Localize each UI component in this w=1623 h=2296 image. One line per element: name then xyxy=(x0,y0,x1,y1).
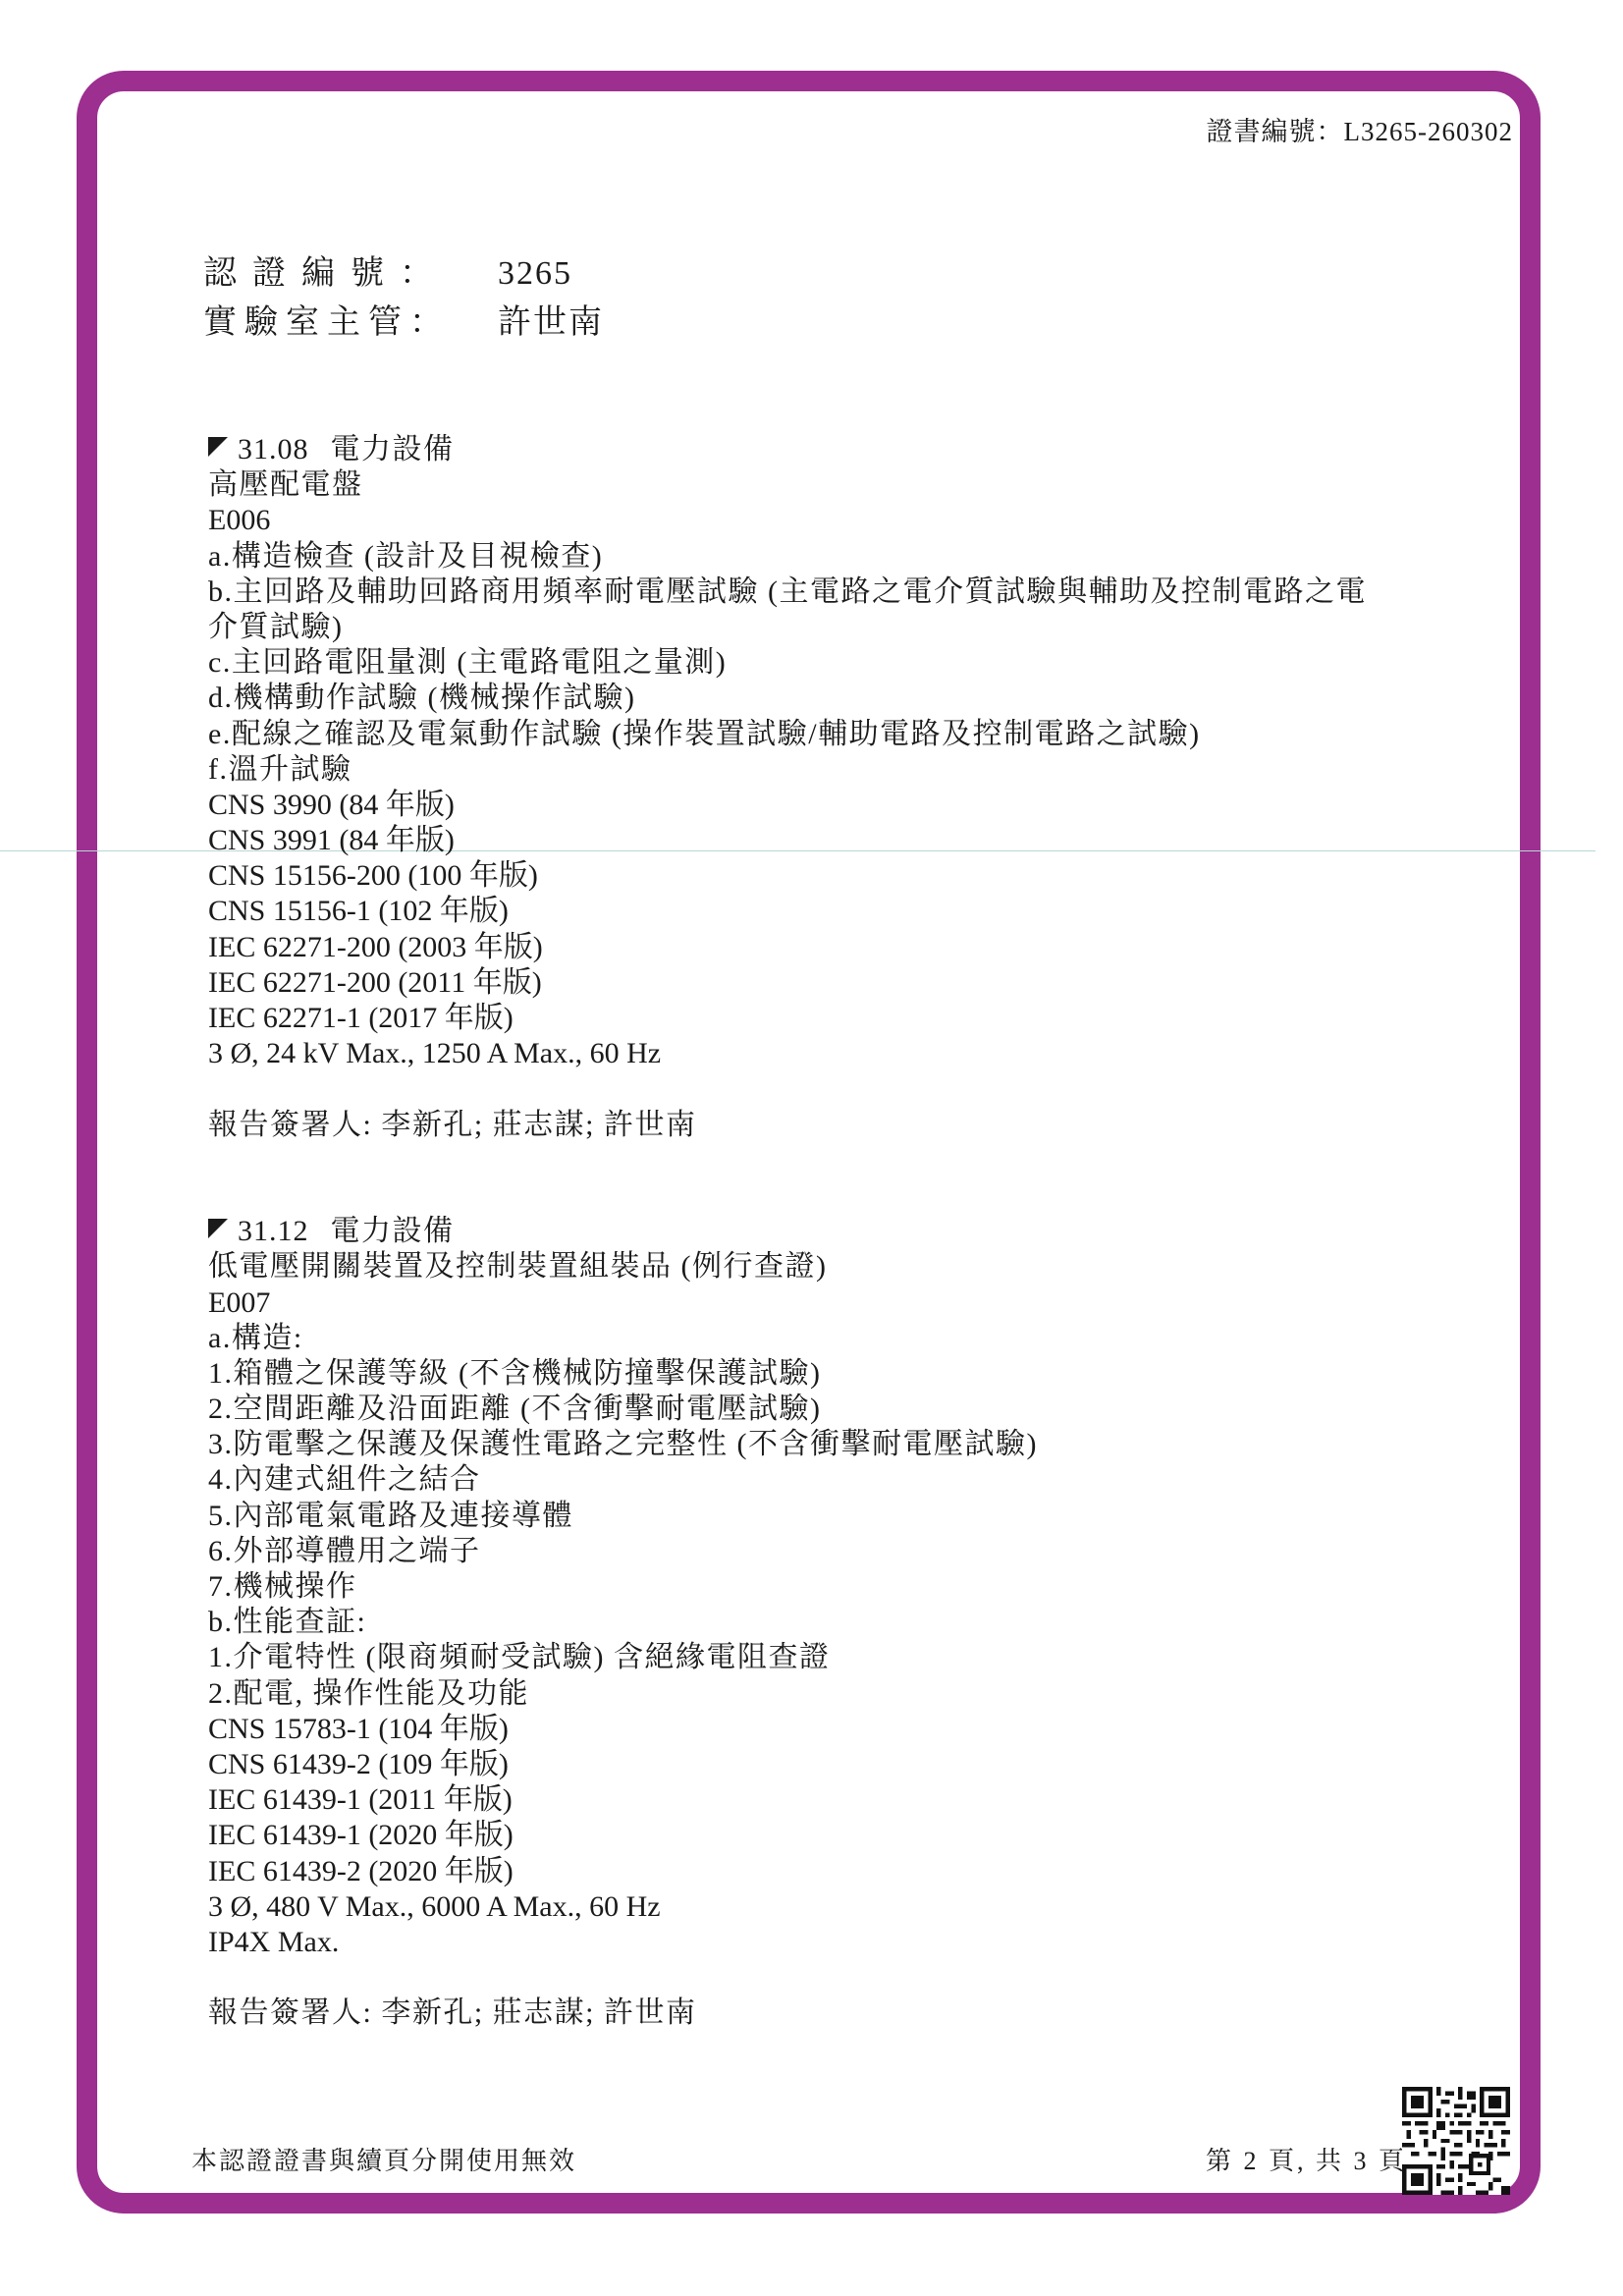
rating-spec: 3 Ø, 480 V Max., 6000 A Max., 60 Hz xyxy=(208,1889,1485,1925)
lab-supervisor-row: 實驗室主管：許世南 xyxy=(203,295,604,343)
test-item: d.機構動作試驗 (機械操作試驗) xyxy=(208,681,1485,716)
validity-notice: 本認證證書與續頁分開使用無效 xyxy=(191,2141,576,2177)
lab-supervisor-label: 實驗室主管： xyxy=(203,295,488,343)
triangle-bullet-icon xyxy=(208,1219,228,1238)
triangle-bullet-icon xyxy=(208,437,228,457)
standard-item: IEC 62271-1 (2017 年版) xyxy=(208,1001,1485,1036)
test-item: b.主回路及輔助回路商用頻率耐電壓試驗 (主電路之電介質試驗與輔助及控制電路之電 xyxy=(208,574,1485,610)
lab-supervisor-value: 許世南 xyxy=(498,295,604,343)
standard-item: CNS 61439-2 (109 年版) xyxy=(208,1747,1485,1782)
test-item: c.主回路電阻量測 (主電路電阻之量測) xyxy=(208,645,1485,681)
scope-section-31-12: 31.12電力設備 低電壓開關裝置及控制裝置組裝品 (例行查證) E007 a.… xyxy=(208,1214,1485,2031)
product-name: 低電壓開關裝置及控制裝置組裝品 (例行查證) xyxy=(208,1249,1485,1285)
test-item: 介質試驗) xyxy=(208,610,1485,645)
scope-content: 31.08電力設備 高壓配電盤 E006 a.構造檢查 (設計及目視檢查) b.… xyxy=(208,432,1485,2031)
rating-spec: 3 Ø, 24 kV Max., 1250 A Max., 60 Hz xyxy=(208,1036,1485,1071)
section-field: 電力設備 xyxy=(331,1215,455,1247)
accreditation-number-label: 認證編號： xyxy=(203,246,488,294)
standard-item: CNS 3991 (84 年版) xyxy=(208,823,1485,858)
standard-item: IEC 61439-1 (2020 年版) xyxy=(208,1818,1485,1853)
test-item: a.構造檢查 (設計及目視檢查) xyxy=(208,539,1485,574)
test-item: 7.機械操作 xyxy=(208,1569,1485,1605)
section-field: 電力設備 xyxy=(331,433,455,465)
test-item: 3.防電擊之保護及保護性電路之完整性 (不含衝擊耐電壓試驗) xyxy=(208,1427,1485,1462)
standard-item: IEC 62271-200 (2011 年版) xyxy=(208,965,1485,1001)
test-item: 2.空間距離及沿面距離 (不含衝擊耐電壓試驗) xyxy=(208,1392,1485,1427)
page-indicator: 第 2 頁, 共 3 頁 xyxy=(1206,2141,1407,2177)
section-code: 31.08 xyxy=(238,433,309,465)
standard-item: IEC 62271-200 (2003 年版) xyxy=(208,930,1485,965)
section-code: 31.12 xyxy=(238,1215,309,1247)
product-code: E006 xyxy=(208,503,1485,538)
section-heading: 31.08電力設備 xyxy=(208,432,1485,467)
test-item: 4.內建式組件之結合 xyxy=(208,1462,1485,1498)
standard-item: CNS 3990 (84 年版) xyxy=(208,788,1485,823)
test-item: f.溫升試驗 xyxy=(208,752,1485,788)
test-item: 6.外部導體用之端子 xyxy=(208,1534,1485,1569)
section-heading: 31.12電力設備 xyxy=(208,1214,1485,1249)
scope-section-31-08: 31.08電力設備 高壓配電盤 E006 a.構造檢查 (設計及目視檢查) b.… xyxy=(208,432,1485,1143)
product-code: E007 xyxy=(208,1285,1485,1321)
test-item: 2.配電, 操作性能及功能 xyxy=(208,1676,1485,1712)
standard-item: CNS 15156-200 (100 年版) xyxy=(208,858,1485,894)
standard-item: CNS 15156-1 (102 年版) xyxy=(208,894,1485,929)
certificate-number: 證書編號：L3265-260302 xyxy=(1207,110,1513,148)
accreditation-number-value: 3265 xyxy=(498,255,572,293)
test-item: 1.介電特性 (限商頻耐受試驗) 含絕緣電阻查證 xyxy=(208,1640,1485,1675)
qr-code-icon[interactable] xyxy=(1402,2087,1510,2195)
standard-item: CNS 15783-1 (104 年版) xyxy=(208,1712,1485,1747)
standard-item: IEC 61439-1 (2011 年版) xyxy=(208,1782,1485,1818)
test-item: 5.內部電氣電路及連接導體 xyxy=(208,1499,1485,1534)
report-signers: 報告簽署人: 李新孔; 莊志謀; 許世南 xyxy=(208,1108,1485,1143)
accreditation-number-row: 認證編號：3265 xyxy=(203,246,572,294)
standard-item: IEC 61439-2 (2020 年版) xyxy=(208,1854,1485,1889)
report-signers: 報告簽署人: 李新孔; 莊志謀; 許世南 xyxy=(208,1995,1485,2031)
product-name: 高壓配電盤 xyxy=(208,467,1485,503)
test-item: a.構造: xyxy=(208,1321,1485,1356)
test-item: e.配線之確認及電氣動作試驗 (操作裝置試驗/輔助電路及控制電路之試驗) xyxy=(208,717,1485,752)
test-item: b.性能查証: xyxy=(208,1605,1485,1640)
protection-rating: IP4X Max. xyxy=(208,1925,1485,1960)
test-item: 1.箱體之保護等級 (不含機械防撞擊保護試驗) xyxy=(208,1356,1485,1392)
